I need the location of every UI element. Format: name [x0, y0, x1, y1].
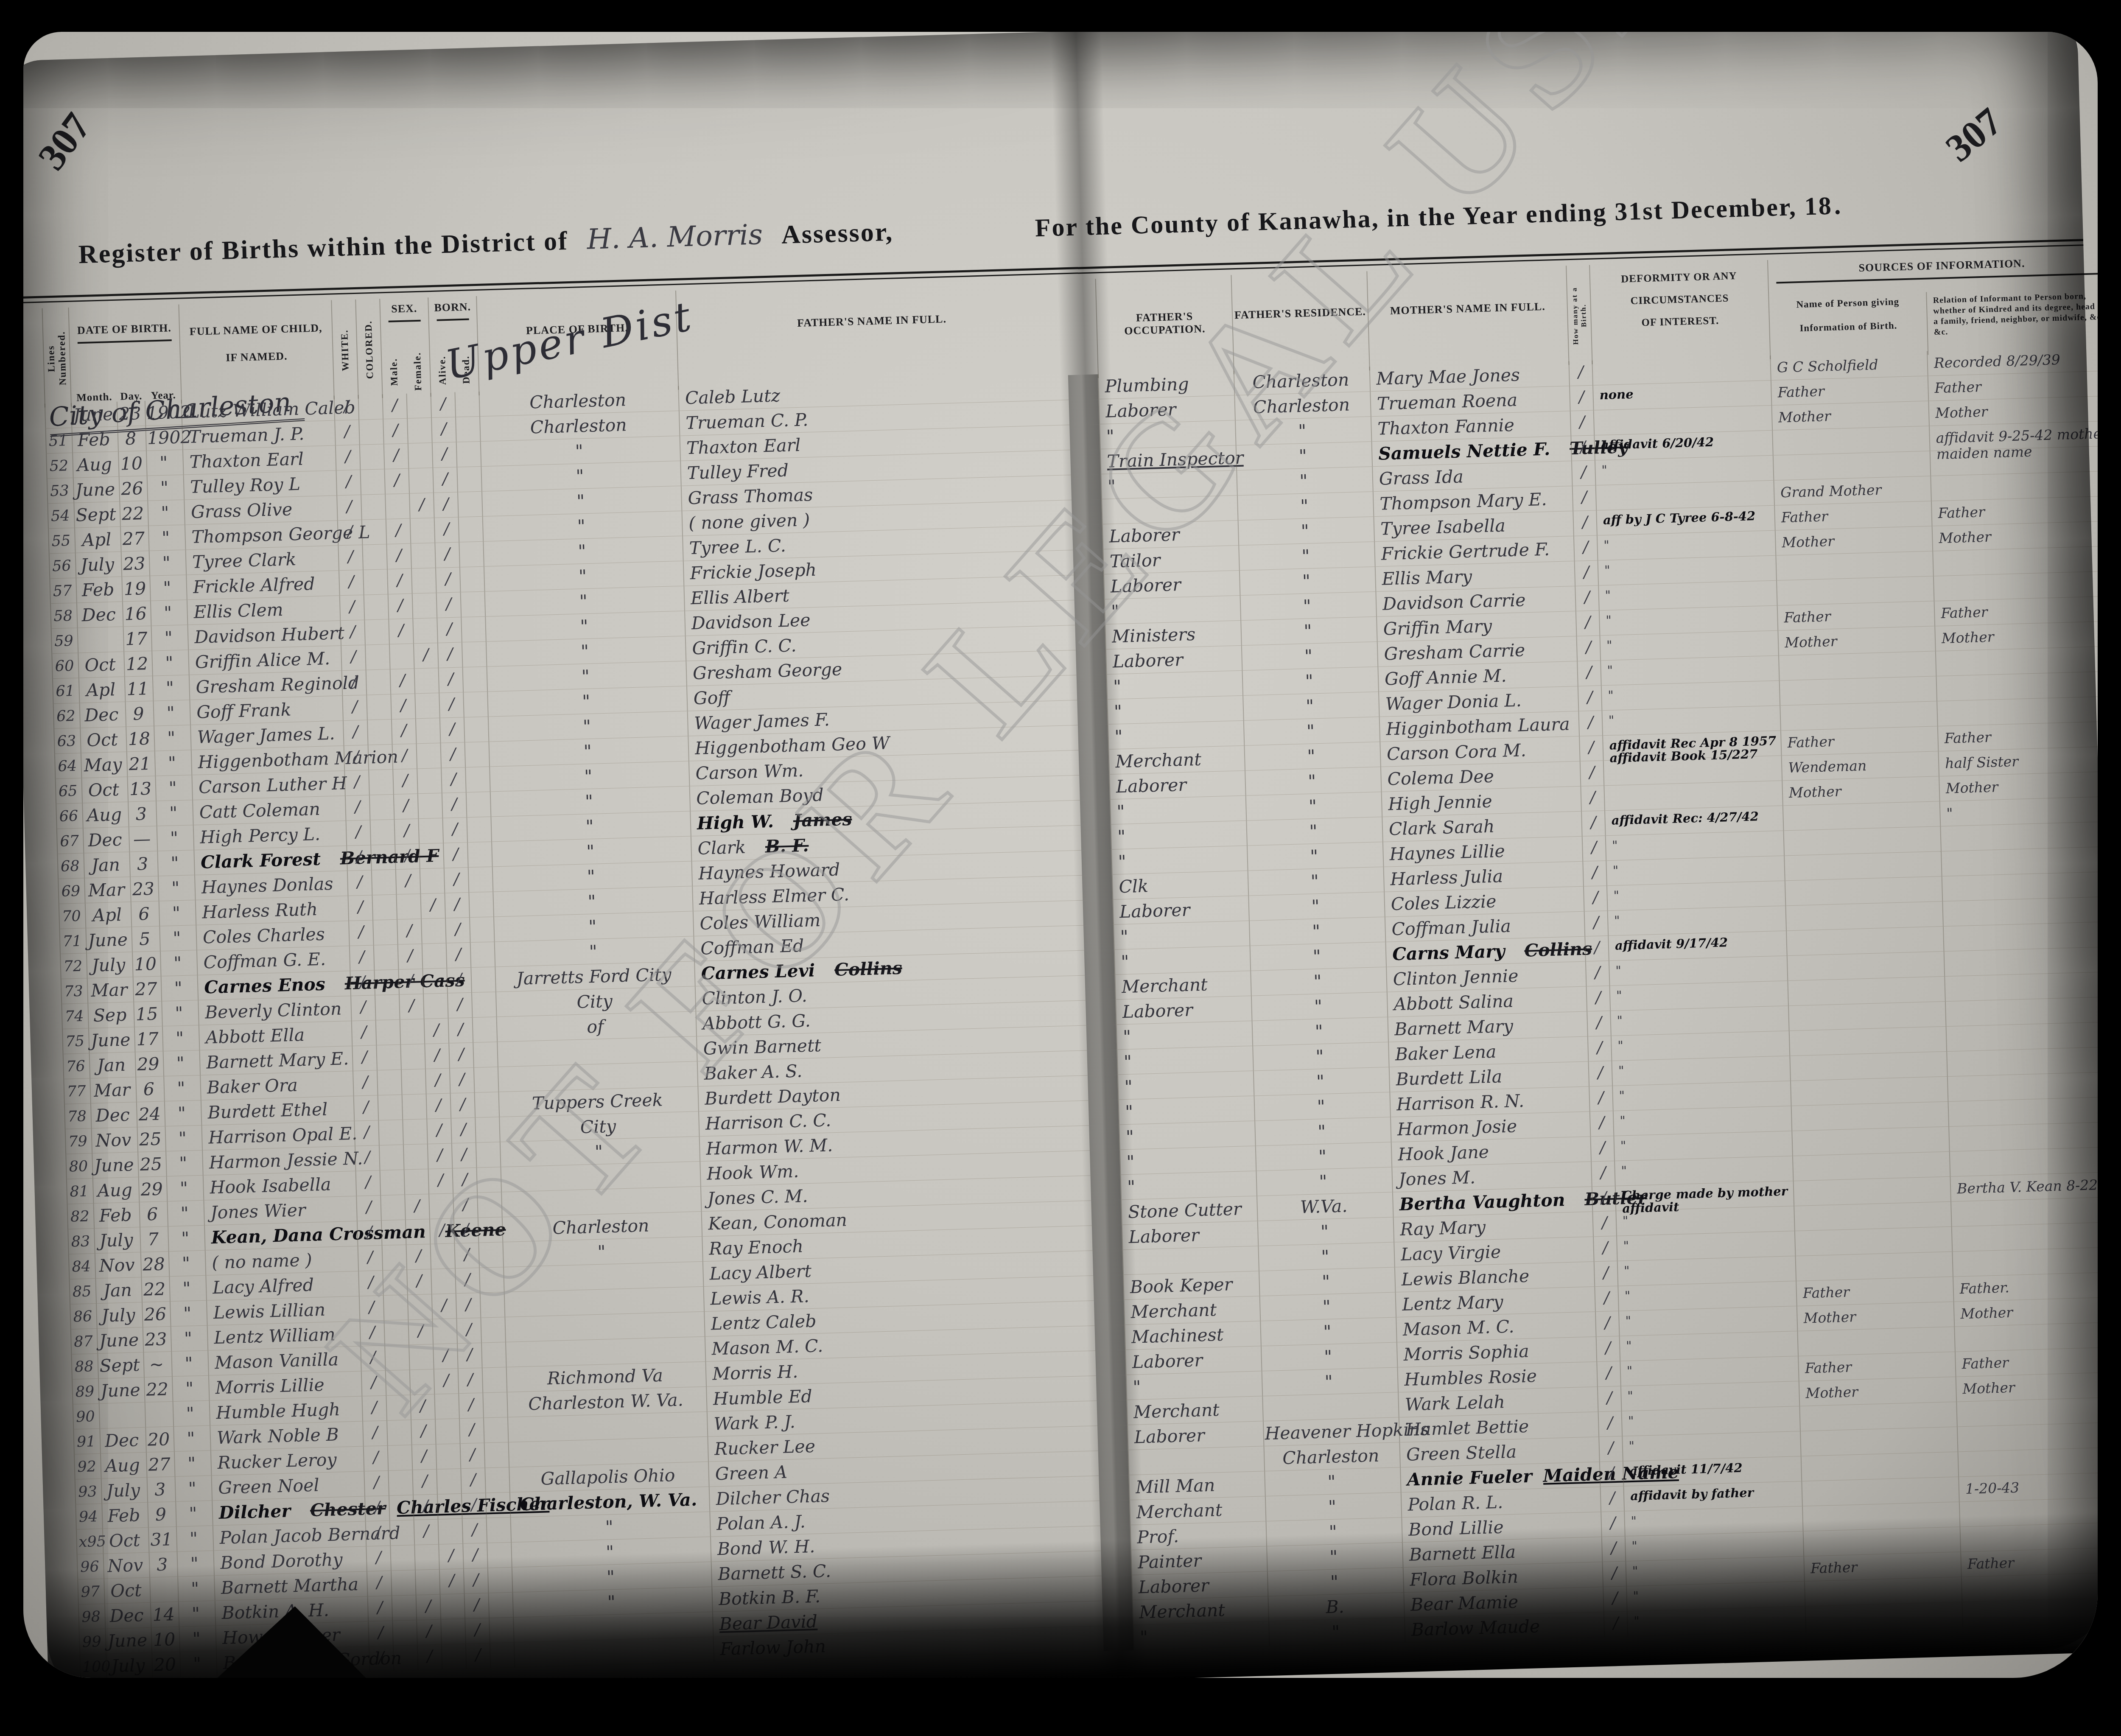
- cell-f: [418, 818, 443, 844]
- cell-occ: Merchant: [1126, 1396, 1263, 1425]
- cell-al: ∕: [447, 993, 472, 1019]
- cell-clr: [375, 1020, 400, 1046]
- cell-src: [1779, 676, 1937, 706]
- cell-m: [402, 1119, 427, 1145]
- cell-dd: [464, 717, 489, 743]
- cell-src: [1787, 977, 1945, 1006]
- col-header-informant-name: Name of Person giving Information of Bir…: [1769, 292, 1928, 359]
- cell-day: ~: [143, 1352, 172, 1378]
- cell-clr: [368, 770, 393, 795]
- cell-dd: [470, 967, 495, 993]
- cell-f: [422, 969, 447, 994]
- cell-m: ∕: [393, 794, 418, 820]
- cell-f: [406, 393, 431, 419]
- cell-many: /: [1594, 1261, 1618, 1287]
- cell-al: ∕: [442, 818, 467, 843]
- cell-month: July: [101, 1478, 148, 1504]
- cell-month: Dec: [79, 702, 126, 728]
- cell-rel: [1944, 971, 2098, 1002]
- cell-dd: [466, 817, 491, 843]
- cell-w: ∕: [348, 920, 373, 946]
- cell-src: [1778, 651, 1936, 680]
- cell-many: /: [1568, 361, 1592, 386]
- cell-month: Jan: [89, 1052, 136, 1078]
- cell-rel: Mother: [1956, 1372, 2098, 1402]
- cell-many: /: [1584, 911, 1608, 937]
- cell-src: Father: [1780, 726, 1938, 756]
- cell-al: ∕: [459, 1418, 484, 1444]
- cell-res: ": [1258, 1243, 1394, 1271]
- cell-al: ∕: [437, 642, 462, 668]
- cell-no: 85: [69, 1279, 96, 1305]
- cell-f: [417, 768, 442, 794]
- cell-dd: [470, 942, 495, 968]
- cell-m: ∕: [392, 769, 417, 795]
- cell-dd: [463, 692, 488, 718]
- cell-child: Carnes EnosHarper Cass: [197, 971, 351, 1000]
- title-assessor: Assessor,: [781, 218, 894, 249]
- cell-f: [436, 1469, 461, 1495]
- cell-rel: Mother: [1928, 396, 2098, 426]
- cell-many: /: [1588, 1061, 1612, 1087]
- cell-many: /: [1580, 786, 1604, 812]
- cell-w: ∕: [336, 495, 361, 521]
- cell-no: 51: [45, 428, 72, 454]
- cell-occ: ": [1110, 796, 1246, 825]
- cell-many: /: [1570, 411, 1594, 437]
- cell-clr: [388, 1470, 413, 1496]
- cell-res: ": [1250, 942, 1386, 971]
- cell-year: ": [165, 1126, 202, 1151]
- cell-no: 67: [56, 828, 84, 854]
- cell-al: ∕: [430, 392, 455, 418]
- cell-month: [77, 627, 124, 653]
- sex-subheaders: Male. Female.: [381, 325, 431, 398]
- cell-f: [407, 418, 432, 444]
- cell-al: ∕: [446, 943, 471, 969]
- cell-dd: [462, 642, 487, 668]
- cell-rel: [1936, 671, 2098, 702]
- cell-many: /: [1580, 761, 1604, 787]
- cell-rel: [1940, 821, 2098, 852]
- cell-child: DilcherChesterCharles Fischer: [212, 1496, 365, 1526]
- cell-child: Catt Coleman: [192, 796, 346, 825]
- cell-m: [400, 1044, 425, 1070]
- cell-src: [1772, 426, 1930, 456]
- cell-src: [1787, 952, 1945, 981]
- cell-occ: Laborer: [1115, 996, 1252, 1025]
- cell-child: ( no name ): [205, 1246, 358, 1276]
- cell-src: Wendeman: [1781, 751, 1939, 781]
- col-header-informant-relation: Relation of Informant to Person born, wh…: [1926, 287, 2098, 355]
- cell-many: /: [1600, 1487, 1624, 1512]
- cell-day: 25: [137, 1151, 166, 1177]
- cell-month: [99, 1403, 146, 1429]
- cell-no: 92: [74, 1454, 101, 1480]
- cell-w: ∕: [347, 870, 372, 896]
- cell-day: 5: [131, 926, 160, 952]
- cell-res: ": [1254, 1117, 1391, 1146]
- cell-rel: affidavit 9-25-42 mothers maiden name: [1929, 421, 2098, 451]
- cell-w: ∕: [352, 1045, 377, 1071]
- cell-res: ": [1246, 817, 1382, 846]
- cell-no: 66: [56, 803, 83, 829]
- cell-res: ": [1265, 1492, 1402, 1521]
- cell-month: Jan: [95, 1277, 142, 1304]
- cell-src: Father: [1774, 501, 1932, 530]
- cell-w: ∕: [351, 1020, 376, 1046]
- cell-no: 82: [67, 1204, 94, 1229]
- cell-dd: [457, 492, 482, 518]
- cell-child: Goff Frank: [189, 696, 343, 725]
- cell-many: /: [1575, 585, 1599, 611]
- cell-many: /: [1596, 1336, 1620, 1362]
- cell-w: ∕: [340, 620, 365, 646]
- cell-w: ∕: [364, 1471, 389, 1497]
- cell-res: ": [1240, 592, 1377, 621]
- page-number-right: 307: [1937, 98, 2011, 171]
- cell-many: /: [1584, 936, 1609, 962]
- cell-year: ": [156, 800, 193, 826]
- cell-al: ∕: [442, 792, 467, 818]
- cell-many: /: [1581, 811, 1605, 837]
- cell-clr: [379, 1145, 404, 1171]
- cell-rel: [1942, 871, 2098, 902]
- cell-year: ": [149, 575, 187, 601]
- cell-m: ∕: [382, 394, 407, 420]
- cell-day: 21: [126, 751, 155, 777]
- cell-no: 88: [71, 1354, 98, 1380]
- cell-al: ∕: [443, 843, 468, 868]
- cell-no: 54: [47, 503, 74, 529]
- cell-al: ∕: [460, 1443, 485, 1469]
- cell-day: 3: [129, 851, 158, 877]
- cell-year: ": [165, 1151, 203, 1176]
- cell-src: Grand Mother: [1773, 476, 1931, 505]
- cell-occ: Laborer: [1112, 896, 1249, 925]
- cell-src: [1782, 801, 1940, 831]
- cell-many: /: [1583, 886, 1607, 912]
- cell-f: [419, 843, 444, 869]
- cell-month: June: [92, 1152, 138, 1179]
- cell-clr: [375, 995, 400, 1021]
- cell-many: /: [1575, 610, 1600, 636]
- col-header-sources: SOURCES OF INFORMATION. Name of Person g…: [1767, 250, 2098, 359]
- cell-many: /: [1571, 461, 1595, 487]
- cell-year: ": [176, 1526, 213, 1552]
- cell-clr: [370, 820, 395, 846]
- cell-m: ∕: [395, 869, 420, 895]
- cell-many: /: [1578, 686, 1602, 711]
- cell-clr: [378, 1095, 403, 1121]
- cell-no: 65: [55, 778, 82, 804]
- cell-dd: [462, 667, 487, 693]
- cell-rel: [1936, 696, 2098, 727]
- cell-day: 23: [117, 401, 146, 427]
- cell-month: June: [73, 477, 120, 503]
- cell-m: ∕: [388, 619, 413, 645]
- cell-m: ∕: [387, 569, 412, 595]
- cell-src: [1783, 826, 1941, 856]
- col-header-line: Lines Numbered.: [42, 308, 71, 408]
- cell-no: 60: [51, 653, 78, 679]
- ledger-content: 307 307 Register of Births within the Di…: [23, 32, 2098, 1678]
- cell-src: [1797, 1327, 1955, 1356]
- cell-dd: [459, 542, 484, 568]
- cell-f: [417, 793, 442, 819]
- cell-clr: [376, 1045, 401, 1071]
- cell-month: Oct: [80, 727, 126, 753]
- cell-occ: [1122, 1246, 1259, 1275]
- cell-occ: Stone Cutter: [1121, 1196, 1257, 1225]
- cell-day: 10: [132, 951, 161, 977]
- cell-no: 76: [63, 1053, 90, 1079]
- cell-res: ": [1252, 1017, 1388, 1046]
- cell-rel: 1-20-43: [1958, 1472, 2098, 1502]
- cell-res: ": [1239, 567, 1376, 596]
- cell-clr: [358, 394, 383, 420]
- cell-day: 29: [135, 1051, 164, 1077]
- cell-src: Mother: [1796, 1302, 1954, 1331]
- cell-f: [437, 1494, 462, 1520]
- cell-occ: ": [1116, 1046, 1253, 1075]
- cell-occ: ": [1110, 821, 1247, 850]
- cell-m: ∕: [384, 469, 409, 495]
- cell-res: ": [1264, 1467, 1401, 1496]
- cell-child: Harless Ruth: [195, 896, 349, 925]
- cell-year: ": [175, 1501, 213, 1527]
- cell-f: ∕: [424, 1044, 449, 1070]
- cell-res: ": [1248, 867, 1384, 896]
- cell-w: ∕: [334, 395, 359, 421]
- cell-m: ∕: [397, 919, 422, 945]
- cell-m: ∕: [388, 594, 413, 620]
- cell-year: ": [155, 775, 192, 801]
- cell-f: ∕: [409, 493, 434, 519]
- cell-child: Davidson Hubert: [187, 621, 341, 650]
- cell-child: Thaxton Earl: [182, 445, 336, 475]
- cell-w: ∕: [350, 995, 375, 1021]
- cell-child: Lutz William Caleb: [181, 395, 335, 425]
- cell-many: /: [1589, 1086, 1613, 1112]
- cell-al: ∕: [444, 868, 469, 893]
- cell-child: Morris Lillie: [208, 1372, 362, 1401]
- cell-occ: Laborer: [1127, 1421, 1264, 1450]
- cell-src: [1795, 1252, 1953, 1281]
- cell-year: ": [168, 1251, 206, 1277]
- cell-dd: [473, 1042, 498, 1068]
- cell-dd: [469, 917, 494, 943]
- cell-m: ∕: [392, 744, 417, 770]
- cell-src: Mother: [1777, 626, 1935, 655]
- cell-many: /: [1599, 1462, 1623, 1487]
- cell-clr: [369, 795, 394, 820]
- cell-f: [414, 693, 439, 719]
- cell-src: [1794, 1227, 1952, 1256]
- cell-month: June: [88, 1027, 135, 1053]
- cell-day: 8: [117, 426, 146, 452]
- cell-w: ∕: [346, 820, 371, 846]
- cell-month: Nov: [91, 1127, 138, 1154]
- cell-day: 23: [121, 551, 150, 577]
- cell-day: 19: [121, 576, 150, 602]
- cell-year: ": [157, 850, 194, 876]
- cell-clr: [367, 720, 392, 745]
- cell-day: 25: [137, 1126, 165, 1152]
- cell-rel: [1933, 571, 2098, 602]
- cell-rel: [1942, 896, 2098, 927]
- cell-day: 28: [140, 1252, 169, 1277]
- cell-no: 58: [50, 603, 77, 629]
- cell-occ: Book Keper: [1123, 1271, 1259, 1300]
- cell-child: Grass Olive: [184, 496, 337, 525]
- cell-child: Haynes Donlas: [194, 871, 348, 900]
- page-number-left: 307: [29, 104, 100, 178]
- cell-day: —: [129, 826, 157, 852]
- cell-al: ∕: [435, 567, 460, 593]
- sex-group-rule: [389, 320, 421, 322]
- cell-src: [1801, 1452, 1959, 1481]
- cell-al: ∕: [438, 667, 463, 693]
- cell-res: W.Va.: [1256, 1193, 1393, 1221]
- cell-rel: [1956, 1397, 2098, 1427]
- cell-rel: [1954, 1322, 2098, 1352]
- cell-month: Nov: [95, 1252, 141, 1279]
- cell-year: ": [174, 1451, 211, 1477]
- cell-year: ": [171, 1351, 208, 1377]
- cell-day: 27: [133, 976, 162, 1002]
- cell-f: ∕: [424, 1019, 449, 1044]
- cell-occ: Merchant: [1114, 971, 1251, 1000]
- cell-m: ∕: [394, 819, 419, 845]
- cell-m: ∕: [397, 944, 423, 970]
- cell-m: ∕: [411, 1445, 437, 1470]
- cell-many: /: [1574, 560, 1598, 586]
- cell-w: ∕: [354, 1120, 379, 1146]
- cell-child: Griffin Alice M.: [188, 646, 341, 675]
- cell-m: ∕: [386, 544, 411, 570]
- cell-dd: [468, 867, 493, 893]
- cell-occ: ": [1106, 671, 1243, 700]
- cell-src: [1800, 1427, 1958, 1456]
- cell-al: ∕: [440, 742, 465, 768]
- cell-dd: [464, 742, 489, 768]
- cell-child: Humble Hugh: [209, 1397, 363, 1426]
- cell-year: ": [160, 950, 197, 976]
- cell-rel: [1930, 446, 2098, 476]
- cell-clr: [378, 1120, 403, 1146]
- cell-src: Father: [1771, 376, 1928, 406]
- cell-year: ": [164, 1100, 201, 1126]
- cell-w: ∕: [346, 845, 371, 871]
- cell-year: ": [163, 1075, 201, 1101]
- cell-no: 72: [60, 953, 87, 979]
- cell-year: ": [154, 725, 191, 751]
- cell-res: [1262, 1392, 1399, 1421]
- cell-clr: [370, 845, 395, 871]
- cell-month: Aug: [82, 802, 129, 828]
- cell-year: ": [173, 1401, 210, 1427]
- cell-month: Feb: [71, 427, 118, 453]
- ledger-spread: 307 307 Register of Births within the Di…: [23, 32, 2098, 1678]
- cell-month: Oct: [102, 1528, 149, 1554]
- cell-f: [408, 443, 433, 469]
- cell-child: Hook Isabella: [203, 1171, 356, 1201]
- cell-no: 81: [66, 1179, 93, 1204]
- cell-m: ∕: [390, 694, 415, 720]
- cell-al: ∕: [436, 592, 461, 618]
- cell-dd: [483, 1417, 508, 1443]
- cell-rel: [1944, 946, 2098, 977]
- cell-w: ∕: [335, 445, 360, 471]
- cell-m: [396, 894, 421, 920]
- cell-rel: [1932, 546, 2098, 577]
- cell-year: ": [173, 1426, 210, 1452]
- cell-many: /: [1573, 511, 1597, 537]
- cell-child: Burdett Ethel: [201, 1096, 354, 1126]
- cell-res: ": [1241, 642, 1378, 671]
- cell-day: 27: [146, 1452, 175, 1478]
- cell-clr: [377, 1070, 402, 1096]
- cell-src: [1780, 701, 1937, 731]
- cell-month: Oct: [78, 652, 124, 678]
- cell-many: /: [1585, 961, 1609, 987]
- cell-year: ": [149, 550, 186, 576]
- cell-res: ": [1238, 517, 1374, 546]
- cell-year: ": [169, 1276, 206, 1302]
- cell-clr: [389, 1495, 414, 1521]
- cell-w: ∕: [344, 770, 369, 796]
- cell-no: 61: [52, 678, 79, 704]
- cell-many: /: [1598, 1436, 1623, 1462]
- cell-year: ": [148, 525, 185, 551]
- cell-rel: Father: [1928, 371, 2098, 401]
- cell-no: 53: [47, 478, 74, 504]
- cell-clr: [360, 469, 385, 495]
- cell-clr: [380, 1170, 405, 1196]
- cell-day: 20: [145, 1427, 174, 1453]
- cell-month: Aug: [100, 1453, 147, 1479]
- cell-no: 74: [61, 1003, 88, 1029]
- cell-year: ": [150, 600, 187, 626]
- cell-day: 23: [130, 876, 159, 902]
- cell-rel: Father: [1931, 496, 2098, 526]
- cell-m: ∕: [413, 1495, 438, 1520]
- cell-dd: [472, 1017, 497, 1043]
- cell-rel: [1935, 646, 2098, 677]
- cell-m: ∕: [395, 844, 420, 870]
- cell-al: ∕: [449, 1068, 474, 1094]
- cell-src: Father: [1777, 601, 1935, 630]
- col-header-date: DATE OF BIRTH. Month. Day. Year.: [68, 305, 181, 407]
- cell-year: ": [151, 625, 188, 651]
- cell-f: [414, 668, 439, 694]
- cell-src: [1786, 927, 1944, 956]
- cell-occ: ": [1117, 1071, 1254, 1100]
- cell-no: 79: [65, 1128, 92, 1154]
- cell-year: ": [159, 925, 196, 951]
- cell-no: 80: [65, 1154, 92, 1179]
- cell-res: ": [1244, 742, 1380, 771]
- cell-f: [436, 1444, 461, 1470]
- cell-occ: Merchant: [1129, 1496, 1266, 1525]
- cell-occ: Mill Man: [1128, 1471, 1265, 1500]
- cell-src: [1788, 1002, 1946, 1031]
- cell-m: [385, 494, 410, 520]
- cell-f: [410, 543, 435, 569]
- cell-month: Sept: [73, 502, 120, 528]
- cell-child: Baker Ora: [200, 1071, 353, 1100]
